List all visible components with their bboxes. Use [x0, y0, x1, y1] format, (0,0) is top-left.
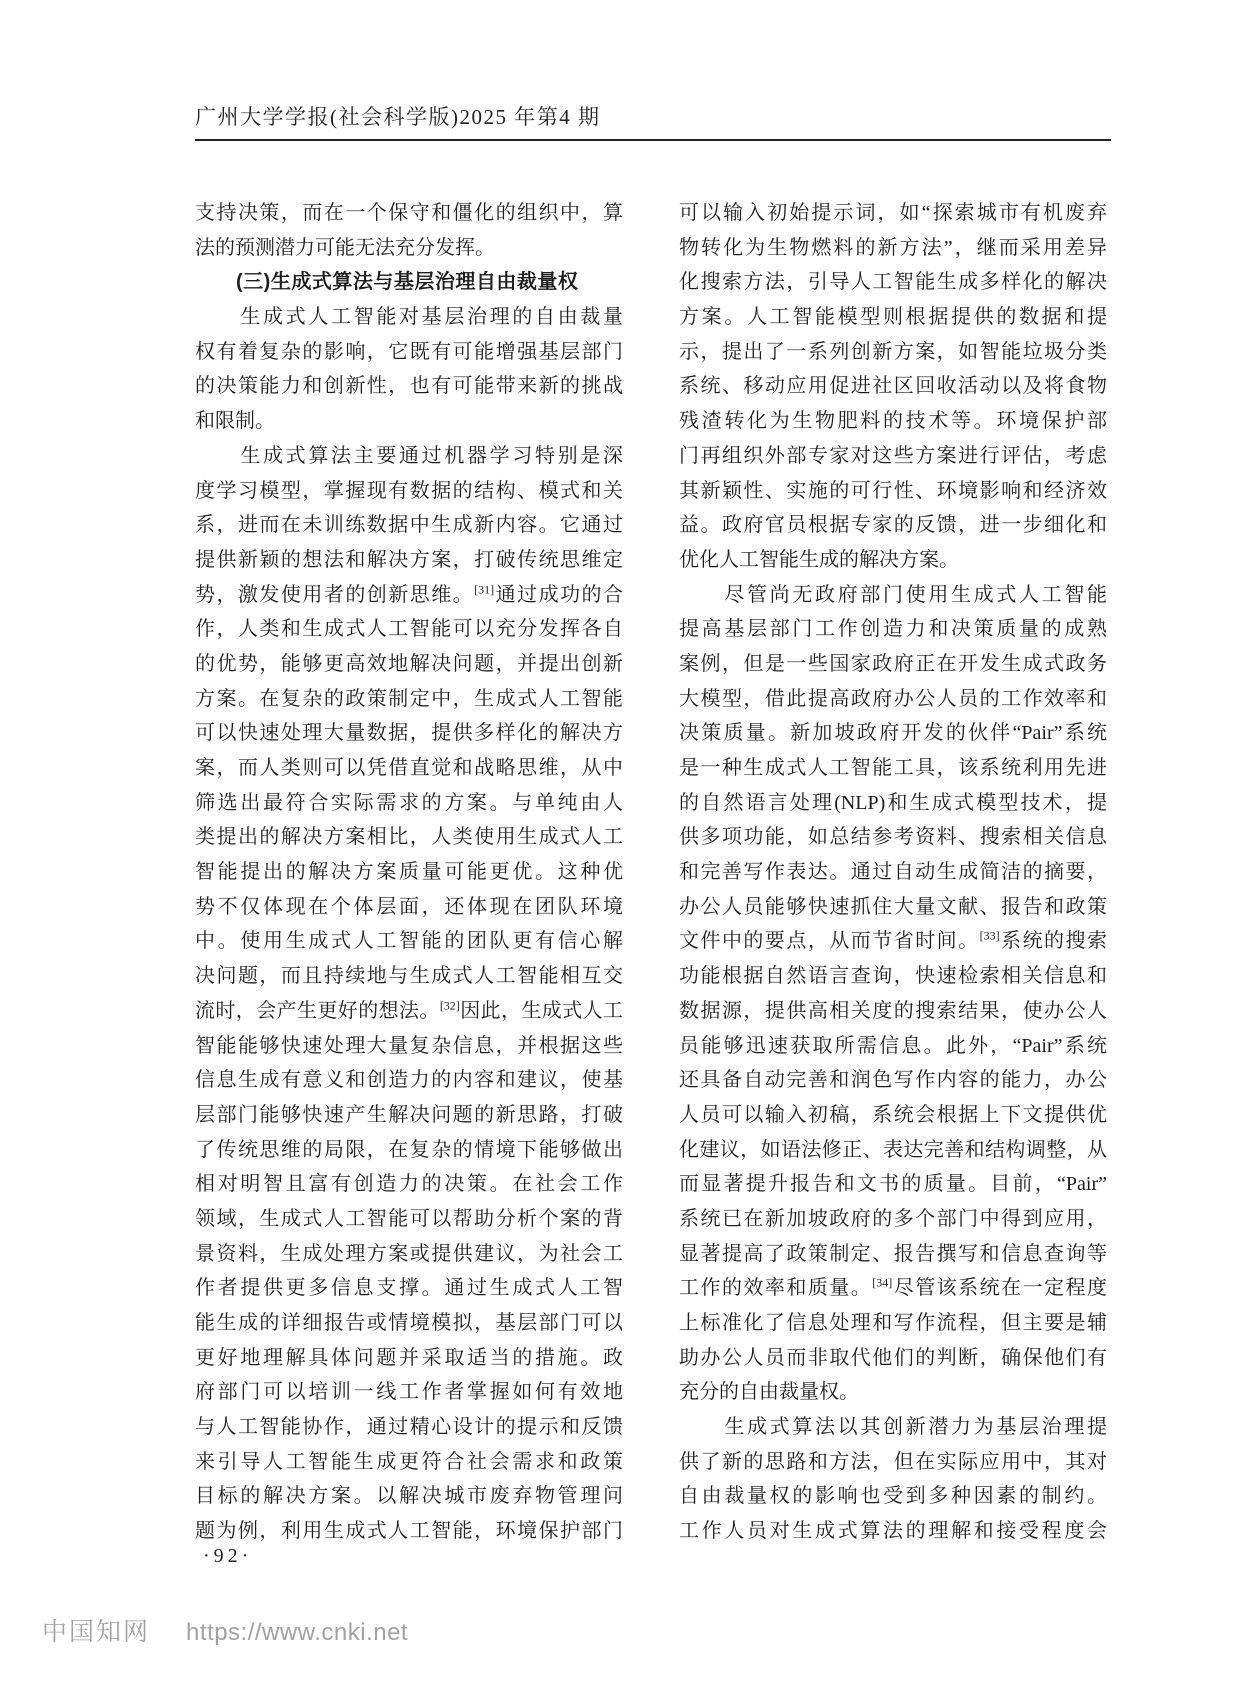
text-line: 工作的效率和质量。[34]尽管该系统在一定程度: [679, 1271, 1107, 1306]
text-line: 决策质量。新加坡政府开发的伙伴“Pair”系统: [679, 716, 1107, 751]
text-line: 显著提高了政策制定、报告撰写和信息查询等: [679, 1237, 1107, 1272]
text-line: 的决策能力和创新性，也有可能带来新的挑战: [195, 369, 623, 404]
text-line: 势，激发使用者的创新思维。[31]通过成功的合: [195, 578, 623, 613]
text-line: 权有着复杂的影响，它既有可能增强基层部门: [195, 335, 623, 370]
text-line: 智能能够快速处理大量复杂信息，并根据这些: [195, 1029, 623, 1064]
text-line: 领域，生成式人工智能可以帮助分析个案的背: [195, 1202, 623, 1237]
text-line: 势不仅体现在个体层面，还体现在团队环境: [195, 890, 623, 925]
text-line: 生成式算法主要通过机器学习特别是深: [195, 439, 623, 474]
cnki-brand: 中国知网: [42, 1612, 150, 1648]
text-line: 相对明智且富有创造力的决策。在社会工作: [195, 1167, 623, 1202]
text-line: 工作人员对生成式算法的理解和接受程度会: [679, 1514, 1107, 1549]
text-line: 度学习模型，掌握现有数据的结构、模式和关: [195, 474, 623, 509]
text-line: 系统已在新加坡政府的多个部门中得到应用，: [679, 1202, 1107, 1237]
text-line: 提高基层部门工作创造力和决策质量的成熟: [679, 612, 1107, 647]
text-line: 益。政府官员根据专家的反馈，进一步细化和: [679, 508, 1107, 543]
text-line: 可以快速处理大量数据，提供多样化的解决方: [195, 716, 623, 751]
header-rule: [195, 139, 1111, 141]
text-line: 文件中的要点，从而节省时间。[33]系统的搜索: [679, 924, 1107, 959]
text-line: 供了新的思路和方法，但在实际应用中，其对: [679, 1445, 1107, 1480]
text-line: 充分的自由裁量权。: [679, 1375, 1107, 1410]
text-line: 方案。人工智能模型则根据提供的数据和提: [679, 300, 1107, 335]
right-column: 可以输入初始提示词，如“探索城市有机废弃物转化为生物燃料的新方法”，继而采用差异…: [679, 196, 1107, 1549]
text-line: 的自然语言处理(NLP)和生成式模型技术，提: [679, 786, 1107, 821]
text-line: 优化人工智能生成的解决方案。: [679, 543, 1107, 578]
text-line: 示，提出了一系列创新方案，如智能垃圾分类: [679, 335, 1107, 370]
text-line: 筛选出最符合实际需求的方案。与单纯由人: [195, 786, 623, 821]
text-line: 办公人员能够快速抓住大量文献、报告和政策: [679, 890, 1107, 925]
text-line: 可以输入初始提示词，如“探索城市有机废弃: [679, 196, 1107, 231]
text-line: 上标准化了信息处理和写作流程，但主要是辅: [679, 1306, 1107, 1341]
text-line: 与人工智能协作，通过精心设计的提示和反馈: [195, 1410, 623, 1445]
text-line: 和完善写作表达。通过自动生成简洁的摘要，: [679, 855, 1107, 890]
text-line: 还具备自动完善和润色写作内容的能力，办公: [679, 1063, 1107, 1098]
text-line: 化建议，如语法修正、表达完善和结构调整，从: [679, 1133, 1107, 1168]
citation-ref: [32]: [440, 998, 460, 1012]
text-line: 供多项功能，如总结参考资料、搜索相关信息: [679, 820, 1107, 855]
text-line: 信息生成有意义和创造力的内容和建议，使基: [195, 1063, 623, 1098]
text-line: 数据源，提供高相关度的搜索结果，使办公人: [679, 994, 1107, 1029]
citation-ref: [34]: [872, 1276, 892, 1290]
text-line: 作者提供更多信息支撑。通过生成式人工智: [195, 1271, 623, 1306]
text-line: 目标的解决方案。以解决城市废弃物管理问: [195, 1479, 623, 1514]
text-line: 更好地理解具体问题并采取适当的措施。政: [195, 1341, 623, 1376]
text-line: 其新颖性、实施的可行性、环境影响和经济效: [679, 474, 1107, 509]
text-line: 层部门能够快速产生解决问题的新思路，打破: [195, 1098, 623, 1133]
text-line: 方案。在复杂的政策制定中，生成式人工智能: [195, 682, 623, 717]
text-line: 门再组织外部专家对这些方案进行评估，考虑: [679, 439, 1107, 474]
text-line: 类提出的解决方案相比，人类使用生成式人工: [195, 820, 623, 855]
text-line: 来引导人工智能生成更符合社会需求和政策: [195, 1445, 623, 1480]
text-line: 物转化为生物燃料的新方法”，继而采用差异: [679, 231, 1107, 266]
text-line: 员能够迅速获取所需信息。此外，“Pair”系统: [679, 1029, 1107, 1064]
citation-ref: [33]: [980, 929, 1000, 943]
text-line: 作，人类和生成式人工智能可以充分发挥各自: [195, 612, 623, 647]
cnki-url: https://www.cnki.net: [186, 1619, 408, 1647]
text-line: 提供新颖的想法和解决方案，打破传统思维定: [195, 543, 623, 578]
text-line: 生成式算法以其创新潜力为基层治理提: [679, 1410, 1107, 1445]
text-line: 功能根据自然语言查询，快速检索相关信息和: [679, 959, 1107, 994]
text-line: 是一种生成式人工智能工具，该系统利用先进: [679, 751, 1107, 786]
text-line: 残渣转化为生物肥料的技术等。环境保护部: [679, 404, 1107, 439]
text-line: 支持决策，而在一个保守和僵化的组织中，算: [195, 196, 623, 231]
article-body: 支持决策，而在一个保守和僵化的组织中，算法的预测潜力可能无法充分发挥。 (三)生…: [195, 196, 1107, 1549]
text-line: 化搜索方法，引导人工智能生成多样化的解决: [679, 265, 1107, 300]
page-number: ·92·: [203, 1545, 252, 1568]
text-line: 尽管尚无政府部门使用生成式人工智能: [679, 578, 1107, 613]
text-line: 能生成的详细报告或情境模拟，基层部门可以: [195, 1306, 623, 1341]
text-line: 和限制。: [195, 404, 623, 439]
text-line: 系，进而在未训练数据中生成新内容。它通过: [195, 508, 623, 543]
text-line: 题为例，利用生成式人工智能，环境保护部门: [195, 1514, 623, 1549]
text-line: 生成式人工智能对基层治理的自由裁量: [195, 300, 623, 335]
journal-header: 广州大学学报(社会科学版)2025 年第4 期: [195, 101, 601, 131]
text-line: 法的预测潜力可能无法充分发挥。: [195, 231, 623, 266]
text-line: 府部门可以培训一线工作者掌握如何有效地: [195, 1375, 623, 1410]
text-line: 案例，但是一些国家政府正在开发生成式政务: [679, 647, 1107, 682]
section-heading: (三)生成式算法与基层治理自由裁量权: [195, 265, 623, 300]
citation-ref: [31]: [474, 582, 494, 596]
text-line: 决问题，而且持续地与生成式人工智能相互交: [195, 959, 623, 994]
text-line: 人员可以输入初稿，系统会根据上下文提供优: [679, 1098, 1107, 1133]
text-line: 案，而人类则可以凭借直觉和战略思维，从中: [195, 751, 623, 786]
text-line: 的优势，能够更高效地解决问题，并提出创新: [195, 647, 623, 682]
text-line: 自由裁量权的影响也受到多种因素的制约。: [679, 1479, 1107, 1514]
text-line: 而显著提升报告和文书的质量。目前，“Pair”: [679, 1167, 1107, 1202]
text-line: 智能提出的解决方案质量可能更优。这种优: [195, 855, 623, 890]
text-line: 了传统思维的局限，在复杂的情境下能够做出: [195, 1133, 623, 1168]
watermark-footer: 中国知网 https://www.cnki.net: [42, 1612, 408, 1648]
text-line: 流时，会产生更好的想法。[32]因此，生成式人工: [195, 994, 623, 1029]
left-column: 支持决策，而在一个保守和僵化的组织中，算法的预测潜力可能无法充分发挥。 (三)生…: [195, 196, 623, 1549]
text-line: 景资料，生成处理方案或提供建议，为社会工: [195, 1237, 623, 1272]
text-line: 助办公人员而非取代他们的判断，确保他们有: [679, 1341, 1107, 1376]
text-line: 大模型，借此提高政府办公人员的工作效率和: [679, 682, 1107, 717]
text-line: 中。使用生成式人工智能的团队更有信心解: [195, 924, 623, 959]
text-line: 系统、移动应用促进社区回收活动以及将食物: [679, 369, 1107, 404]
